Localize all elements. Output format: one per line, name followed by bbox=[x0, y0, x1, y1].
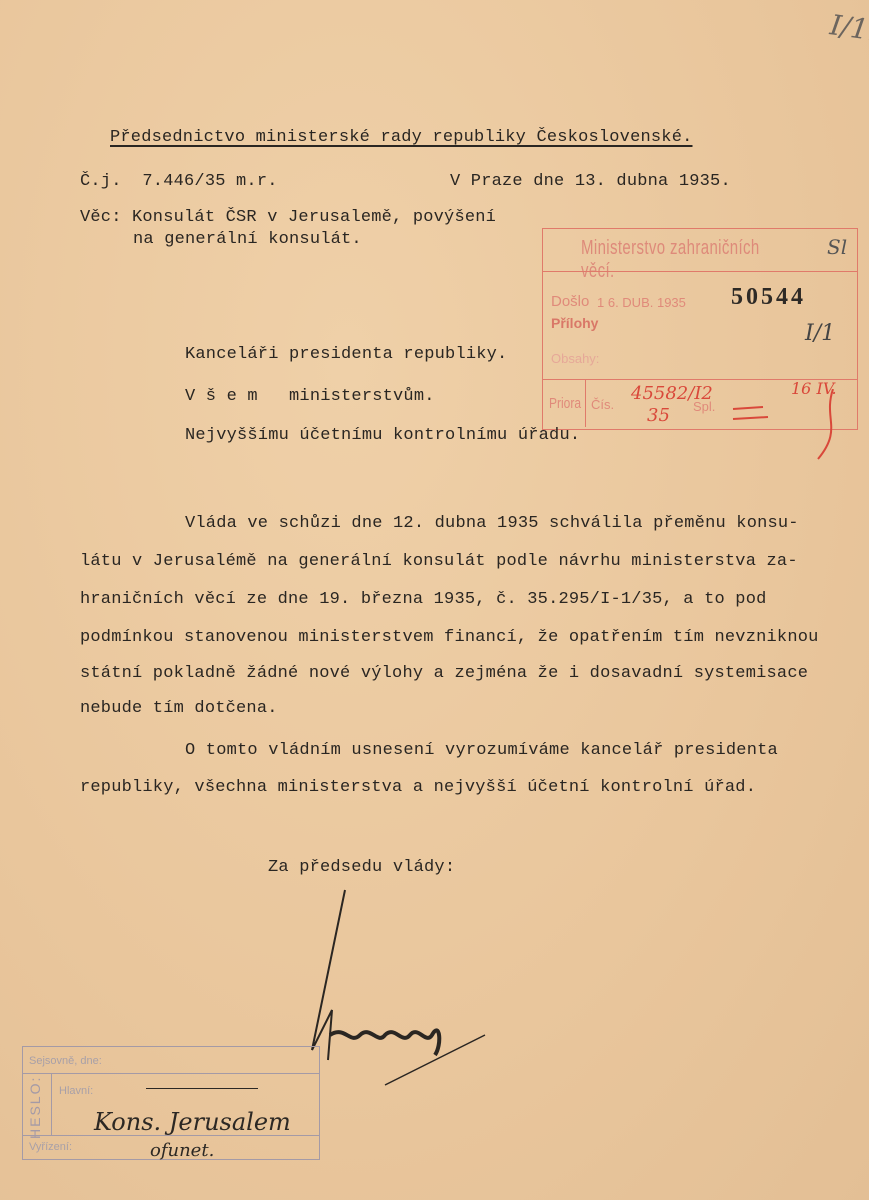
stamp-vertical-divider bbox=[585, 379, 586, 427]
body-line: hraničních věcí ze dne 19. března 1935, … bbox=[80, 590, 767, 609]
reference-number: Č.j. 7.446/35 m.r. bbox=[80, 172, 278, 191]
filing-hand-underline bbox=[146, 1088, 258, 1089]
subject-line-continued: na generální konsulát. bbox=[133, 230, 362, 249]
filing-top-label: Sejsovně, dne: bbox=[29, 1055, 102, 1067]
stamp-margin-mark: I/1 bbox=[805, 321, 835, 346]
stamp-content-label: Obsahy: bbox=[551, 351, 599, 366]
stamp-registry-number: 50544 bbox=[731, 284, 806, 311]
body-line: podmínkou stanovenou ministerstvem finan… bbox=[80, 628, 819, 647]
issuer-header: Předsednictvo ministerské rady republiky… bbox=[110, 128, 693, 147]
body-line: nebude tím dotčena. bbox=[80, 699, 278, 718]
recipient-line: Nejvyššímu účetnímu kontrolnímu úřadu. bbox=[185, 426, 580, 445]
subject-line: Věc: Konsulát ČSR v Jerusalemě, povýšení bbox=[80, 208, 496, 227]
body-line: státní pokladně žádné nové výlohy a zejm… bbox=[80, 664, 808, 683]
stamp-priora-label: Priora bbox=[549, 395, 581, 412]
signature-label: Za předsedu vlády: bbox=[268, 858, 455, 877]
stamp-ministry-title: Ministerstvo zahraničních věcí. bbox=[581, 237, 788, 283]
body-line: republiky, všechna ministerstva a nejvyš… bbox=[80, 778, 756, 797]
stamp-attachments-label: Přílohy bbox=[551, 315, 598, 331]
body-line: O tomto vládním usnesení vyrozumíváme ka… bbox=[185, 741, 778, 760]
filing-side-label: HESLO: bbox=[27, 1076, 43, 1139]
recipient-line: Kanceláři presidenta republiky. bbox=[185, 345, 507, 364]
signature-handwritten bbox=[290, 885, 490, 1105]
stamp-cis-label: Čís. bbox=[591, 397, 614, 412]
body-line: látu v Jerusalémě na generální konsulát … bbox=[80, 552, 798, 571]
filing-main-label: Hlavní: bbox=[59, 1085, 93, 1097]
stamp-priora-year: 35 bbox=[647, 405, 670, 426]
stamp-received-date: 1 6. DUB. 1935 bbox=[597, 295, 686, 310]
received-stamp: Ministerstvo zahraničních věcí. Sl Došlo… bbox=[542, 228, 858, 430]
stamp-divider bbox=[543, 271, 857, 272]
stamp-title-handwritten: Sl bbox=[827, 235, 847, 259]
corner-handwritten-mark: I/11 bbox=[828, 8, 869, 48]
stamp-spl-label: Spl. bbox=[693, 399, 715, 414]
stamp-received-label: Došlo bbox=[551, 293, 589, 310]
filing-bottom-label: Vyřízení: bbox=[29, 1141, 72, 1153]
filing-vertical-divider bbox=[51, 1073, 52, 1135]
recipient-line: V š e m ministerstvům. bbox=[185, 387, 435, 406]
filing-handwritten-keyword: Kons. Jerusalem bbox=[94, 1108, 291, 1136]
filing-divider bbox=[23, 1073, 319, 1074]
body-line: Vláda ve schůzi dne 12. dubna 1935 schvá… bbox=[185, 514, 799, 533]
stamp-red-strokes bbox=[723, 389, 853, 469]
filing-handwritten-note: ofunet. bbox=[150, 1140, 214, 1161]
dateline: V Praze dne 13. dubna 1935. bbox=[450, 172, 731, 191]
